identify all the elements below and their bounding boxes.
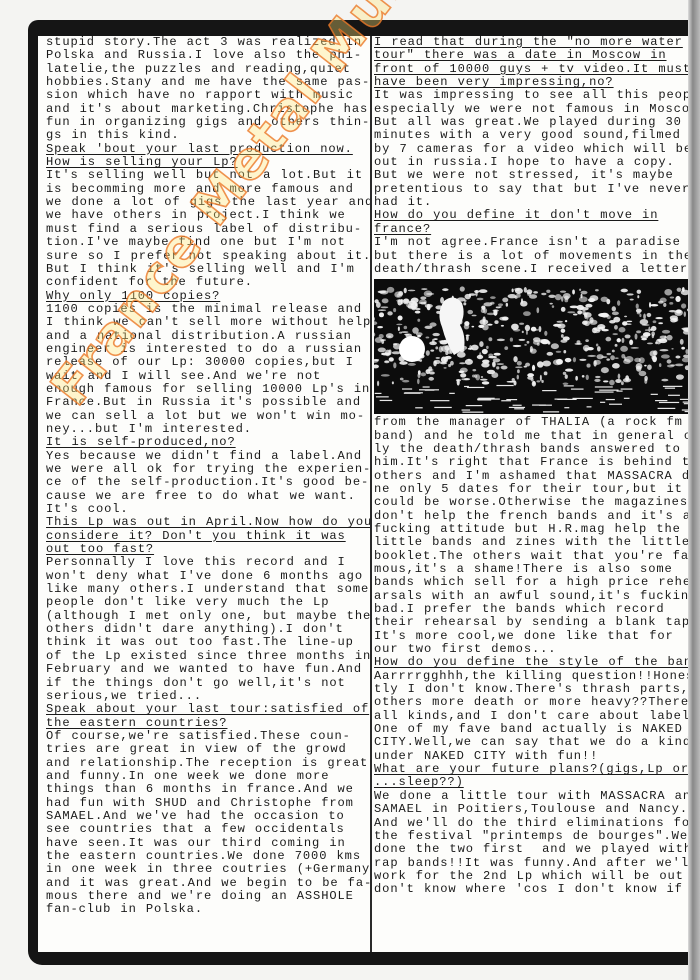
interview-question-line: out too fast? xyxy=(46,543,370,556)
interview-answer-line: 1100 copies is the minimal release and xyxy=(46,303,370,316)
interview-answer-line: but there is a lot of movements in the xyxy=(374,250,690,263)
interview-answer-line: wait and I will see.And we're not xyxy=(46,370,370,383)
interview-answer-line: if the things don't go well,it's not xyxy=(46,677,370,690)
interview-answer-line: and it's about marketing.Christophe has xyxy=(46,103,370,116)
interview-answer-line: under NAKED CITY with fun!! xyxy=(374,750,690,763)
interview-answer-line: we have others in project.I think we xyxy=(46,209,370,222)
interview-question-line: ...sleep??) xyxy=(374,776,690,789)
interview-question-line: have been very impressing,no? xyxy=(374,76,690,89)
interview-answer-line: don't help the french bands and it's a xyxy=(374,510,690,523)
interview-answer-line: It was impressing to see all this people xyxy=(374,89,690,102)
interview-answer-line: band) and he told me that in general on- xyxy=(374,430,690,443)
interview-answer-line: things than 6 months in france.And we xyxy=(46,783,370,796)
interview-answer-line: But we were not stressed, it's maybe xyxy=(374,169,690,182)
right-column-bottom-text: from the manager of THALIA (a rock fmban… xyxy=(374,416,690,896)
interview-question-line: Why only 1100 copies? xyxy=(46,290,370,303)
interview-answer-line: We done a little tour with MASSACRA and xyxy=(374,790,690,803)
interview-answer-line: ly the death/thrash bands answered to xyxy=(374,443,690,456)
interview-answer-line: SAMAEL in Poitiers,Toulouse and Nancy. xyxy=(374,803,690,816)
interview-answer-line: ne only 5 dates for their tour,but it xyxy=(374,483,690,496)
interview-answer-line: little bands and zines with the little xyxy=(374,536,690,549)
interview-question-line: Speak about your last tour:satisfied of xyxy=(46,703,370,716)
scan-edge xyxy=(688,0,700,980)
zine-page: stupid story.The act 3 was realized inPo… xyxy=(38,36,690,952)
interview-answer-line: the eastern countries.We done 7000 kms xyxy=(46,850,370,863)
interview-answer-line: mous there and we're doing an ASSHOLE xyxy=(46,890,370,903)
interview-answer-line: we were all ok for trying the experien- xyxy=(46,463,370,476)
interview-answer-line: Yes because we didn't find a label.And xyxy=(46,450,370,463)
interview-answer-line: But all was great.We played during 30 xyxy=(374,116,690,129)
interview-answer-line: tly I don't know.There's thrash parts, xyxy=(374,683,690,696)
concert-photo xyxy=(374,279,690,414)
interview-answer-line: people don't like very much the Lp xyxy=(46,596,370,609)
interview-answer-line: have seen.It was our third coming in xyxy=(46,837,370,850)
interview-answer-line: ney...but I'm interested. xyxy=(46,423,370,436)
interview-answer-line: enough famous for selling 10000 Lp's in xyxy=(46,383,370,396)
interview-answer-line: our two first demos... xyxy=(374,643,690,656)
interview-answer-line: engineer is interested to do a russian xyxy=(46,343,370,356)
interview-answer-line: tion.I've maybe find one but I'm not xyxy=(46,236,370,249)
interview-answer-line: don't know where 'cos I don't know if xyxy=(374,883,690,896)
interview-answer-line: minutes with a very good sound,filmed xyxy=(374,129,690,142)
interview-answer-line: Personnally I love this record and I xyxy=(46,556,370,569)
interview-answer-line: confident for the future. xyxy=(46,276,370,289)
interview-answer-line: had it. xyxy=(374,196,690,209)
interview-answer-line: others didn't dare anything).I don't xyxy=(46,623,370,636)
interview-answer-line: bands which sell for a high price rehe- xyxy=(374,576,690,589)
left-column: stupid story.The act 3 was realized inPo… xyxy=(46,36,370,952)
interview-answer-line: all kinds,and I don't care about labels. xyxy=(374,710,690,723)
interview-answer-line: It's more cool,we done like that for xyxy=(374,630,690,643)
interview-answer-line: But I think it's selling well and I'm xyxy=(46,263,370,276)
interview-answer-line: in one week in three coutries (+Germany xyxy=(46,863,370,876)
interview-answer-line: of the Lp existed since three months in xyxy=(46,650,370,663)
interview-answer-line: from the manager of THALIA (a rock fm xyxy=(374,416,690,429)
interview-question-line: the eastern countries? xyxy=(46,717,370,730)
interview-answer-line: SAMAEL.And we've had the occasion to xyxy=(46,810,370,823)
interview-answer-line: hobbies.Stany and me have the same pas- xyxy=(46,76,370,89)
right-column: I read that during the "no more watertou… xyxy=(374,36,690,952)
interview-answer-line: gs in this kind. xyxy=(46,129,370,142)
interview-answer-line: is becomming more and more famous and xyxy=(46,183,370,196)
interview-answer-line: cause we are free to do what we want. xyxy=(46,490,370,503)
interview-answer-line: February and we wanted to have fun.And xyxy=(46,663,370,676)
interview-answer-line: sure so I prefer not speaking about it. xyxy=(46,250,370,263)
interview-answer-line: stupid story.The act 3 was realized in xyxy=(46,36,370,49)
interview-question-line: This Lp was out in April.Now how do you xyxy=(46,516,370,529)
interview-answer-line: Aarrrrgghhh,the killing question!!Hones- xyxy=(374,670,690,683)
interview-answer-line: like many others.I understand that some xyxy=(46,583,370,596)
interview-answer-line: arsals with an awful sound,it's fuckin' xyxy=(374,590,690,603)
right-column-top-text: I read that during the "no more watertou… xyxy=(374,36,690,276)
interview-answer-line: France.But in Russia it's possible and xyxy=(46,396,370,409)
interview-answer-line: pretentious to say that but I've never xyxy=(374,183,690,196)
interview-answer-line: him.It's right that France is behind the xyxy=(374,456,690,469)
interview-answer-line: work for the 2nd Lp which will be out I xyxy=(374,870,690,883)
interview-answer-line: I think we can't sell more without help xyxy=(46,316,370,329)
interview-answer-line: had fun with SHUD and Christophe from xyxy=(46,797,370,810)
interview-answer-line: their rehearsal by sending a blank tape. xyxy=(374,616,690,629)
interview-question-line: How do you define the style of the band? xyxy=(374,656,690,669)
interview-question-line: It is self-produced,no? xyxy=(46,436,370,449)
interview-answer-line: I'm not agree.France isn't a paradise xyxy=(374,236,690,249)
interview-answer-line: done the two first and we played with xyxy=(374,843,690,856)
interview-answer-line: and a national distribution.A russian xyxy=(46,330,370,343)
interview-answer-line: sion which have no rapport with music xyxy=(46,89,370,102)
interview-answer-line: others and I'm ashamed that MASSACRA do- xyxy=(374,470,690,483)
column-divider xyxy=(370,36,372,952)
interview-answer-line: the festival "printemps de bourges".We xyxy=(374,830,690,843)
interview-answer-line: others more death or more heavy??There's xyxy=(374,696,690,709)
interview-answer-line: It's selling well but not a lot.But it xyxy=(46,169,370,182)
interview-answer-line: (although I met only one, but maybe the xyxy=(46,610,370,623)
interview-answer-line: think it was out too fast.The line-up xyxy=(46,636,370,649)
interview-question-line: tour" there was a date in Moscow in xyxy=(374,49,690,62)
interview-answer-line: One of my fave band actually is NAKED xyxy=(374,723,690,736)
interview-answer-line: and funny.In one week we done more xyxy=(46,770,370,783)
interview-answer-line: could be worse.Otherwise the magazines xyxy=(374,496,690,509)
interview-question-line: What are your future plans?(gigs,Lp or xyxy=(374,763,690,776)
interview-answer-line: by 7 cameras for a video which will be xyxy=(374,143,690,156)
interview-answer-line: CITY.Well,we can say that we do a kind xyxy=(374,736,690,749)
interview-answer-line: It's cool. xyxy=(46,503,370,516)
interview-answer-line: And we'll do the third eliminations for xyxy=(374,817,690,830)
interview-question-line: france? xyxy=(374,223,690,236)
interview-answer-line: won't deny what I've done 6 months ago xyxy=(46,570,370,583)
interview-answer-line: we done a lot of gigs the last year and xyxy=(46,196,370,209)
interview-answer-line: mous,it's a shame!There is also some xyxy=(374,563,690,576)
interview-question-line: I read that during the "no more water xyxy=(374,36,690,49)
interview-answer-line: and it was great.And we begin to be fa- xyxy=(46,877,370,890)
interview-answer-line: latelie,the puzzles and reading,quiet xyxy=(46,63,370,76)
interview-answer-line: and relationship.The reception is great xyxy=(46,757,370,770)
interview-question-line: How do you define it don't move in xyxy=(374,209,690,222)
interview-answer-line: serious,we tried... xyxy=(46,690,370,703)
interview-question-line: considere it? Don't you think it was xyxy=(46,530,370,543)
interview-answer-line: out in russia.I hope to have a copy. xyxy=(374,156,690,169)
interview-answer-line: release of our Lp: 30000 copies,but I xyxy=(46,356,370,369)
interview-answer-line: tries are great in view of the growd xyxy=(46,743,370,756)
interview-answer-line: ce of the self-production.It's good be- xyxy=(46,476,370,489)
crowd-image xyxy=(374,279,690,414)
interview-answer-line: fucking attitude but H.R.mag help the xyxy=(374,523,690,536)
interview-answer-line: Polska and Russia.I love also the phi- xyxy=(46,49,370,62)
interview-question-line: How is selling your Lp? xyxy=(46,156,370,169)
interview-answer-line: especially we were not famous in Moscow. xyxy=(374,103,690,116)
interview-question-line: Speak 'bout your last production now. xyxy=(46,143,370,156)
interview-answer-line: fun in organizing gigs and others thin- xyxy=(46,116,370,129)
interview-answer-line: fan-club in Polska. xyxy=(46,903,370,916)
interview-answer-line: Of course,we're satisfied.These coun- xyxy=(46,730,370,743)
interview-answer-line: rap bands!!It was funny.And after we'll xyxy=(374,857,690,870)
interview-answer-line: we can sell a lot but we won't win mo- xyxy=(46,410,370,423)
interview-question-line: front of 10000 guys + tv video.It must xyxy=(374,63,690,76)
interview-answer-line: booklet.The others wait that you're fa- xyxy=(374,550,690,563)
interview-answer-line: bad.I prefer the bands which record xyxy=(374,603,690,616)
interview-answer-line: see countries that a few occidentals xyxy=(46,823,370,836)
interview-answer-line: must find a serious label of distribu- xyxy=(46,223,370,236)
interview-answer-line: death/thrash scene.I received a letter xyxy=(374,263,690,276)
